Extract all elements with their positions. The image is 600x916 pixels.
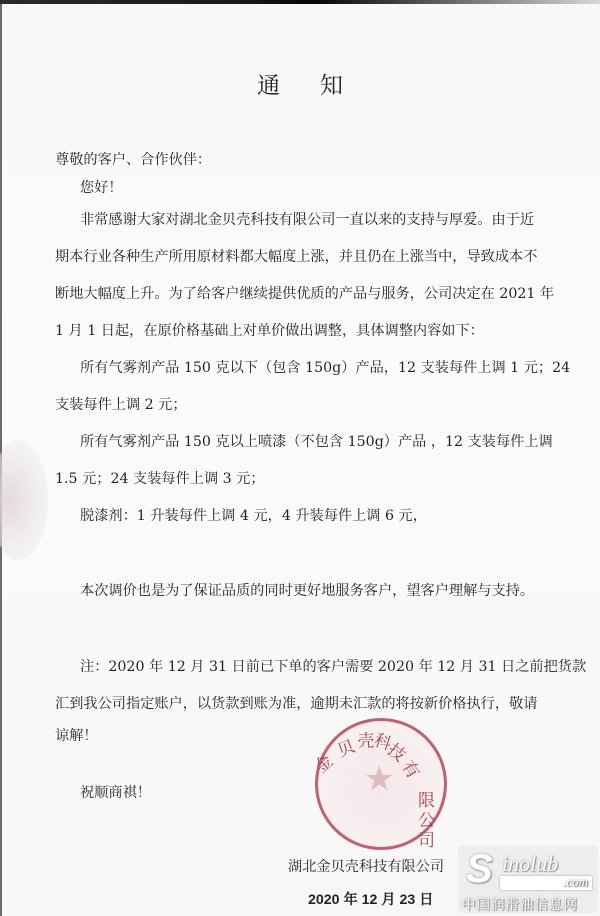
price-item-3: 脱漆剂：1 升装每件上调 4 元，4 升装每件上调 6 元， — [80, 505, 427, 525]
signature-date: 2020 年 12 月 23 日 — [308, 889, 433, 909]
signature-company: 湖北金贝壳科技有限公司 — [288, 856, 444, 876]
paragraph-1-line-2: 期本行业各种生产所用原材料都大幅度上涨，并且仍在上涨当中，导致成本不 — [55, 246, 537, 266]
seal-char: 公 — [418, 811, 440, 831]
seal-arc-text-right: 限 公 司 — [418, 791, 440, 851]
note-line-2: 汇到我公司指定账户，以货款到账为准，逾期未汇款的将按新价格执行，敬请 — [55, 693, 537, 713]
seal-char: 贝 — [333, 732, 358, 762]
watermark-logo-text: inolub — [502, 851, 558, 877]
watermark-site-name: 中国润滑油信息网 — [462, 893, 578, 913]
salutation: 尊敬的客户、合作伙伴： — [55, 149, 211, 169]
note-line-1: 注：2020 年 12 月 31 日前已下单的客户需要 2020 年 12 月 … — [80, 656, 586, 676]
seal-star-icon: ★ — [364, 759, 394, 799]
greeting: 您好！ — [80, 177, 123, 197]
price-item-1-line-2: 支装每件上调 2 元； — [55, 394, 187, 414]
paragraph-1-line-3: 断地大幅度上升。为了给客户继续提供优质的产品与服务，公司决定在 2021 年 — [55, 283, 554, 303]
price-item-2-line-1: 所有气雾剂产品 150 克以上喷漆（不包含 150g）产品 ，12 支装每件上调 — [80, 431, 553, 451]
paper-sheet — [0, 4, 600, 916]
price-item-2-line-2: 1.5 元；24 支装每件上调 3 元； — [55, 468, 265, 488]
paragraph-1-line-4: 1 月 1 日起，在原价格基础上对单价做出调整，具体调整内容如下： — [55, 320, 484, 340]
price-item-1-line-1: 所有气雾剂产品 150 克以下（包含 150g）产品，12 支装每件上调 1 元… — [80, 357, 570, 377]
seal-char: 限 — [418, 791, 440, 811]
watermark-domain-bar: .com — [500, 876, 592, 890]
watermark-domain-suffix: .com — [563, 874, 588, 890]
note-line-3: 谅解！ — [55, 725, 98, 745]
site-watermark: S inolub .com 中国润滑油信息网 — [458, 845, 598, 913]
paragraph-1-line-1: 非常感谢大家对湖北金贝壳科技有限公司一直以来的支持与厚爱。由于近 — [80, 209, 534, 229]
watermark-logo-letter: S — [466, 847, 493, 892]
seal-char: 司 — [418, 831, 440, 851]
company-seal: ★ 金贝壳科技有 限 公 司 — [315, 718, 447, 850]
notice-title: 通知 — [0, 67, 600, 100]
paragraph-understanding: 本次调价也是为了保证品质的同时更好地服务客户，望客户理解与支持。 — [80, 580, 534, 600]
top-shadow — [0, 0, 600, 4]
closing-wish: 祝顺商祺！ — [80, 782, 151, 802]
